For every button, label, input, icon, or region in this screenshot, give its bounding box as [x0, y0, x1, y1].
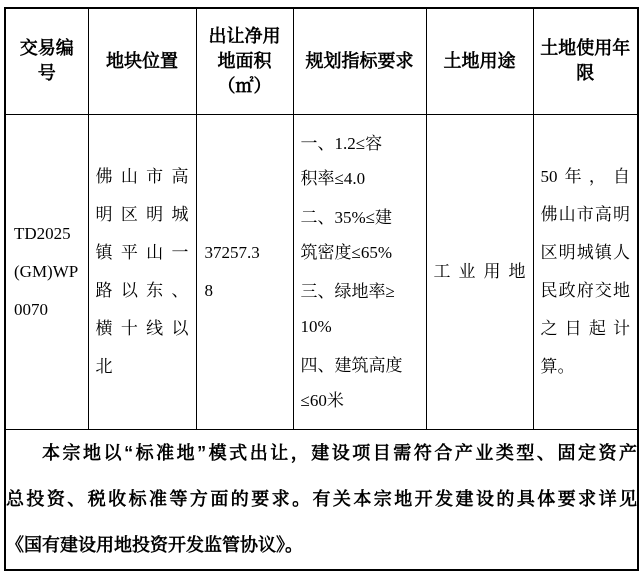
- table-note-row: 本宗地以“标准地”模式出让，建设项目需符合产业类型、固定资产总投资、税收标准等方…: [5, 429, 638, 570]
- text-line: 镇平山一: [96, 234, 189, 272]
- text-line: (GM)WP: [14, 253, 84, 291]
- cell-location: 佛山市高明区明城镇平山一路以东、横十线以北: [88, 114, 196, 429]
- cell-planning: 一、1.2≤容 积率≤4.0二、35%≤建 筑密度≤65%三、绿地率≥ 10%四…: [293, 114, 426, 429]
- text-line: TD2025: [14, 215, 84, 253]
- planning-item: 四、建筑高度 ≤60米: [301, 348, 421, 418]
- table-data-row: TD2025(GM)WP0070 佛山市高明区明城镇平山一路以东、横十线以北 3…: [5, 114, 638, 429]
- note-line: 《国有建设用地投资开发监管协议》。: [6, 522, 637, 568]
- planning-item: 三、绿地率≥ 10%: [301, 274, 421, 344]
- cell-net-area: 37257.38: [196, 114, 293, 429]
- header-location: 地块位置: [88, 8, 196, 114]
- note-line: 本宗地以“标准地”模式出让，建设项目需符合产业类型、固定资产: [6, 430, 637, 476]
- header-planning: 规划指标要求: [293, 8, 426, 114]
- tenure-lines: 50年，自佛山市高明区明城镇人民政府交地之日起计算。: [534, 158, 638, 386]
- text-line: 佛山市高明: [541, 196, 631, 234]
- planning-item: 一、1.2≤容 积率≤4.0: [301, 126, 421, 196]
- header-tenure: 土地使用年 限: [533, 8, 638, 114]
- text-line: 北: [96, 348, 189, 386]
- note-line: 总投资、税收标准等方面的要求。有关本宗地开发建设的具体要求详见: [6, 476, 637, 522]
- planning-items: 一、1.2≤容 积率≤4.0二、35%≤建 筑密度≤65%三、绿地率≥ 10%四…: [294, 126, 426, 418]
- cell-tenure: 50年，自佛山市高明区明城镇人民政府交地之日起计算。: [533, 114, 638, 429]
- planning-item: 二、35%≤建 筑密度≤65%: [301, 200, 421, 270]
- note-lines: 本宗地以“标准地”模式出让，建设项目需符合产业类型、固定资产总投资、税收标准等方…: [6, 430, 637, 568]
- header-net-area: 出让净用 地面积 （㎡）: [196, 8, 293, 114]
- cell-land-use: 工业用地: [426, 114, 533, 429]
- text-line: 算。: [541, 348, 631, 386]
- land-use-value: 工业用地: [427, 253, 533, 291]
- location-lines: 佛山市高明区明城镇平山一路以东、横十线以北: [89, 158, 196, 386]
- header-land-use: 土地用途: [426, 8, 533, 114]
- transaction-id-lines: TD2025(GM)WP0070: [6, 215, 88, 329]
- text-line: 明区明城: [96, 196, 189, 234]
- table-header-row: 交易编 号 地块位置 出让净用 地面积 （㎡） 规划指标要求 土地用途 土地使用…: [5, 8, 638, 114]
- text-line: 区明城镇人: [541, 234, 631, 272]
- text-line: 佛山市高: [96, 158, 189, 196]
- text-line: 横十线以: [96, 310, 189, 348]
- land-parcel-table: 交易编 号 地块位置 出让净用 地面积 （㎡） 规划指标要求 土地用途 土地使用…: [4, 7, 639, 571]
- text-line: 民政府交地: [541, 272, 631, 310]
- text-line: 37257.3: [205, 234, 289, 272]
- text-line: 50年，自: [541, 158, 631, 196]
- header-transaction-id: 交易编 号: [5, 8, 88, 114]
- note-cell: 本宗地以“标准地”模式出让，建设项目需符合产业类型、固定资产总投资、税收标准等方…: [5, 429, 638, 570]
- text-line: 0070: [14, 291, 84, 329]
- text-line: 路以东、: [96, 272, 189, 310]
- text-line: 8: [205, 272, 289, 310]
- cell-transaction-id: TD2025(GM)WP0070: [5, 114, 88, 429]
- net-area-lines: 37257.38: [197, 234, 293, 310]
- document-page: 交易编 号 地块位置 出让净用 地面积 （㎡） 规划指标要求 土地用途 土地使用…: [0, 0, 640, 582]
- text-line: 之日起计: [541, 310, 631, 348]
